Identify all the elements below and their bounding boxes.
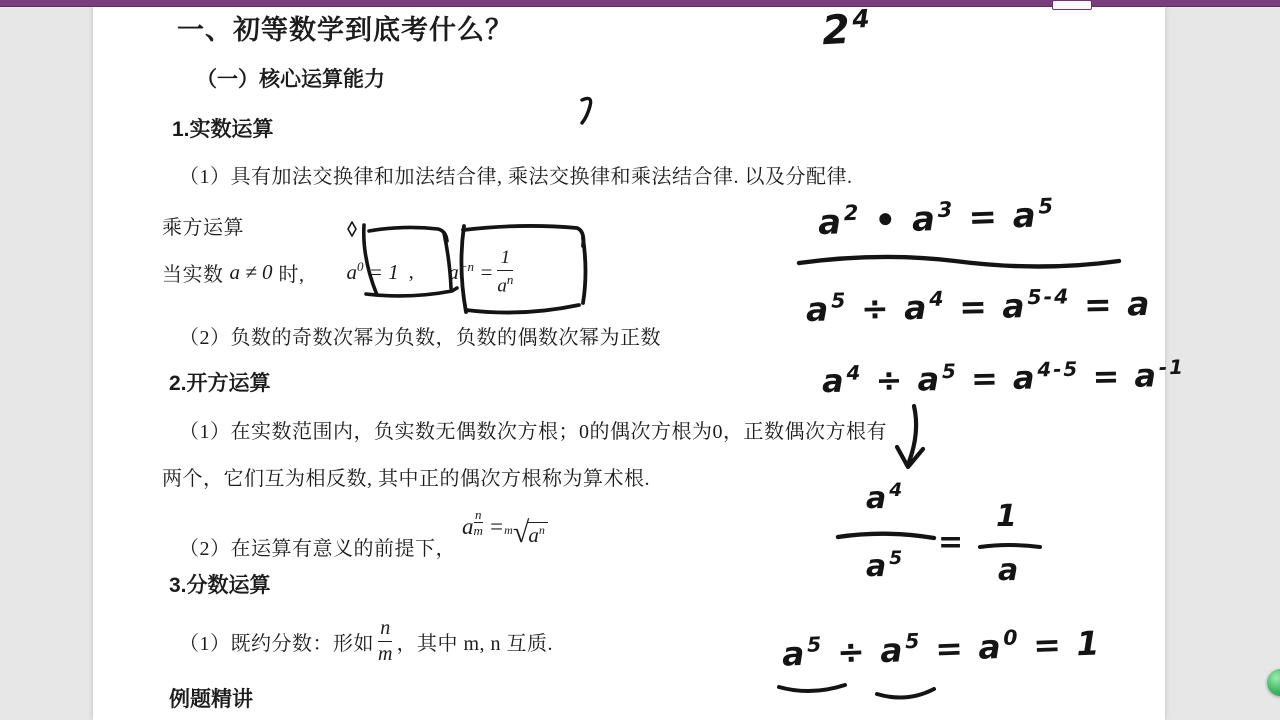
radical-rule-prefix: （2）在运算有意义的前提下，	[179, 532, 456, 561]
fraction-line-after: ，其中 m, n 互质.	[396, 627, 553, 656]
den-exp: n	[507, 272, 514, 287]
hw-exponent: 3	[937, 196, 955, 222]
fraction-denominator: an	[497, 273, 513, 296]
hw-base-char: =	[954, 196, 1014, 238]
hw-exponent: 5	[1038, 193, 1056, 219]
paragraph-arithmetic-laws: （1）具有加法交换律和加法结合律, 乘法交换律和乘法结合律. 以及分配律.	[179, 160, 853, 189]
n-over-m-bar	[378, 641, 392, 642]
page-title: 一、初等数学到底考什么？	[177, 8, 513, 47]
hw-base-char: =	[945, 287, 1002, 327]
hw-exponent: 0	[1003, 626, 1020, 651]
hw-base-char: •	[860, 200, 913, 242]
paragraph-parity-of-powers: （2）负数的奇数次幂为负数，负数的偶数次幂为正数	[179, 321, 661, 350]
hw-base-char: a	[911, 199, 937, 240]
handwriting-zero-power-rule: a5 ÷ a5 = a0 = 1	[782, 626, 1102, 670]
formula-a-n-over-m: anm =	[462, 514, 504, 552]
hw-base-char: a	[817, 202, 843, 243]
handwriting-frac-denominator: a5	[866, 552, 904, 582]
power-rule-condition: a ≠ 0	[230, 260, 273, 285]
hw-base-char: a	[880, 630, 906, 670]
formula-comma: ,	[409, 261, 415, 284]
handwriting-a: a	[998, 556, 1020, 586]
hw-exponent: 5	[831, 289, 848, 313]
hw-exponent: 5	[905, 629, 922, 654]
den-base: a	[497, 275, 507, 296]
handwriting-one: 1	[996, 502, 1019, 532]
formula-a-negn-exp: −n	[459, 259, 474, 274]
hw-base-char: = 1	[1019, 623, 1102, 665]
hw-base-char: a	[866, 481, 888, 516]
hw-exponent: 4-5	[1037, 357, 1079, 381]
radical-eq: =	[483, 514, 504, 539]
hw-base-char: =	[958, 359, 1014, 398]
radical-rule-line: （2）在运算有意义的前提下， anm = m√an	[179, 505, 548, 561]
root-index: m	[504, 523, 513, 538]
fraction-numerator: 1	[501, 248, 511, 268]
exp-frac-num: n	[475, 508, 482, 521]
handwriting-product-rule: a2 • a3 = a5	[817, 198, 1055, 240]
radicand-exp: n	[539, 523, 545, 537]
hw-base-char: a	[781, 634, 807, 674]
hw-base-char: = a	[1070, 284, 1152, 324]
hw-base-char: = a	[1079, 356, 1158, 395]
hw-exponent: 2	[843, 200, 861, 226]
handwriting-quotient-rule-2: a4 ÷ a5 = a4-5 = a-1	[822, 359, 1186, 397]
exponent-fraction: nm	[474, 508, 483, 537]
hw-base-char: a	[806, 290, 831, 329]
radicand: an	[527, 522, 548, 547]
formula-a-negn-base: a	[448, 260, 459, 284]
fraction-bar	[497, 270, 513, 271]
hw-base-char: ÷	[862, 361, 918, 400]
mth-root-expression: m√an	[504, 516, 548, 550]
formula-one-over-an: 1 an	[497, 248, 513, 296]
hw-base-char: a	[978, 627, 1004, 667]
power-rule-shi: 时,	[279, 258, 305, 287]
hw-base-char: a	[866, 549, 888, 584]
hw-exponent: 5	[807, 632, 824, 657]
hw-exponent: 4	[889, 480, 904, 501]
hw-exponent: 5-4	[1027, 285, 1070, 310]
section-heading-core-skills: （一）核心运算能力	[196, 63, 385, 93]
n-over-m-fraction: n m	[378, 618, 392, 665]
paragraph-roots-1: （1）在实数范围内，负实数无偶数次方根；0的偶次方根为0，正数偶次方根有	[179, 415, 887, 444]
power-rule-prefix: 当实数	[162, 258, 224, 287]
handwriting-frac-equals: =	[938, 528, 965, 558]
hw-base-char: ÷	[823, 631, 881, 672]
subsection-heading-roots: 2.开方运算	[169, 367, 271, 397]
n-over-m-den: m	[378, 644, 392, 665]
hw-exponent: 4	[852, 3, 873, 33]
subsection-heading-real-numbers: 1.实数运算	[172, 113, 274, 143]
handwriting-quotient-rule-1: a5 ÷ a4 = a5-4 = a	[806, 287, 1152, 326]
floating-assistant-button[interactable]	[1267, 669, 1280, 696]
hw-base-char: a	[904, 288, 929, 327]
formula-a-zero-rest: = 1	[364, 260, 399, 284]
power-rule-line: 当实数 a ≠ 0 时, a0 = 1 , a−n = 1 an	[162, 234, 517, 310]
app-window: 一、初等数学到底考什么？ （一）核心运算能力 1.实数运算 （1）具有加法交换律…	[0, 0, 1280, 720]
hw-exponent: 5	[942, 360, 958, 383]
hw-base-char: ÷	[847, 288, 904, 328]
hw-exponent: 5	[889, 548, 904, 569]
formula-a-negn-eq: =	[474, 260, 493, 284]
top-scrollbar-thumb[interactable]	[1052, 0, 1092, 10]
heading-examples: 例题精讲	[169, 683, 253, 713]
formula-a-negn: a−n =	[448, 259, 493, 285]
handwriting-two-to-fourth: 24	[821, 9, 873, 52]
hw-exponent: 4	[929, 287, 946, 311]
hw-base-char: a	[1013, 358, 1037, 396]
hw-exponent: -1	[1159, 356, 1185, 379]
hw-base-char: 2	[821, 7, 853, 54]
hw-base-char: a	[1002, 286, 1027, 325]
formula-a-zero-base: a	[347, 260, 358, 284]
radicand-base: a	[528, 523, 539, 547]
paragraph-roots-2: 两个，它们互为相反数, 其中正的偶次方根称为算术根.	[162, 462, 650, 491]
hw-base-char: =	[921, 628, 979, 669]
exp-frac-den: m	[474, 524, 483, 537]
radical-base: a	[462, 514, 474, 539]
hw-base-char: a	[917, 360, 941, 398]
subsection-heading-fractions: 3.分数运算	[169, 569, 271, 599]
hw-exponent: 4	[846, 361, 862, 384]
n-over-m-num: n	[380, 618, 390, 639]
fraction-line-before: （1）既约分数：形如	[179, 627, 374, 656]
hw-base-char: a	[1012, 195, 1038, 236]
hw-base-char: a	[822, 362, 846, 400]
formula-a-zero: a0 = 1	[347, 259, 399, 285]
irreducible-fraction-line: （1）既约分数：形如 n m ，其中 m, n 互质.	[179, 612, 553, 670]
radical-sign: √	[513, 516, 527, 549]
handwriting-frac-numerator: a4	[866, 484, 904, 514]
